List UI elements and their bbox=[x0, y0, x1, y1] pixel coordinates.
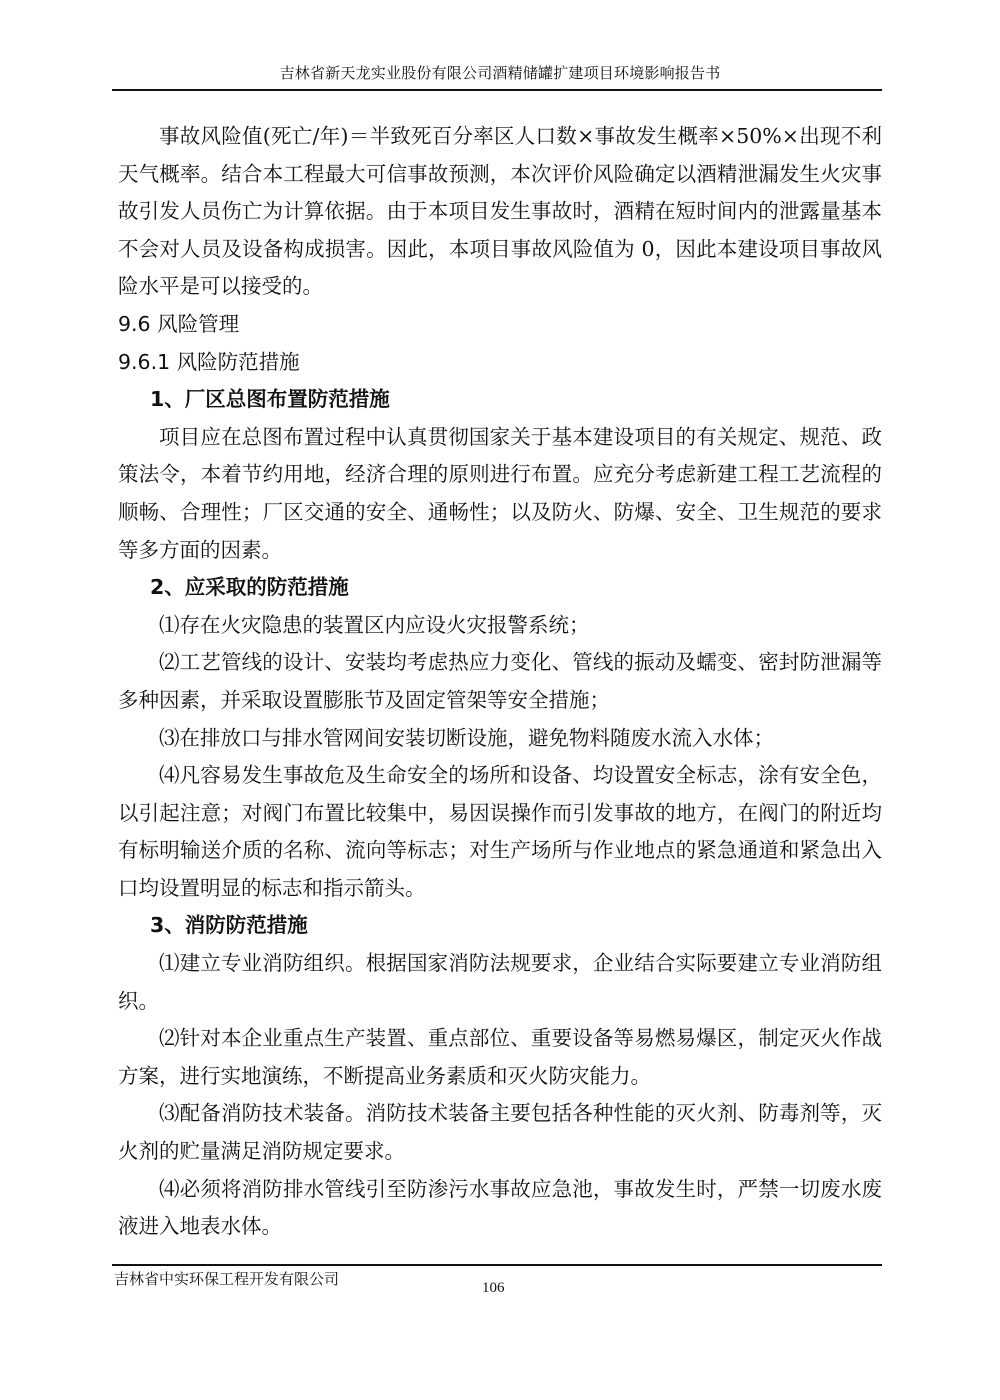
paragraph: ⑷必须将消防排水管线引至防渗污水事故应急池，事故发生时，严禁一切废水废液进入地表… bbox=[118, 1171, 882, 1246]
subsection-heading: 9.6.1 风险防范措施 bbox=[118, 344, 882, 382]
paragraph: ⑵工艺管线的设计、安装均考虑热应力变化、管线的振动及蠕变、密封防泄漏等多种因素，… bbox=[118, 644, 882, 719]
page-body: 事故风险值(死亡/年)＝半致死百分率区人口数×事故发生概率×50%×出现不利天气… bbox=[118, 118, 882, 1246]
paragraph: 项目应在总图布置过程中认真贯彻国家关于基本建设项目的有关规定、规范、政策法令，本… bbox=[118, 419, 882, 569]
item-heading-measures: 2、应采取的防范措施 bbox=[118, 569, 882, 607]
footer-company: 吉林省中实环保工程开发有限公司 bbox=[114, 1268, 339, 1289]
paragraph: ⑶在排放口与排水管网间安装切断设施，避免物料随废水流入水体； bbox=[118, 720, 882, 758]
paragraph: ⑴存在火灾隐患的装置区内应设火灾报警系统； bbox=[118, 607, 882, 645]
paragraph: ⑶配备消防技术装备。消防技术装备主要包括各种性能的灭火剂、防毒剂等，灭火剂的贮量… bbox=[118, 1095, 882, 1170]
item-heading-layout: 1、厂区总图布置防范措施 bbox=[118, 381, 882, 419]
paragraph: ⑴建立专业消防组织。根据国家消防法规要求，企业结合实际要建立专业消防组织。 bbox=[118, 945, 882, 1020]
page-header-title: 吉林省新天龙实业股份有限公司酒精储罐扩建项目环境影响报告书 bbox=[118, 62, 882, 83]
section-heading: 9.6 风险管理 bbox=[118, 306, 882, 344]
page-number: 106 bbox=[482, 1280, 505, 1297]
paragraph: ⑷凡容易发生事故危及生命安全的场所和设备、均设置安全标志，涂有安全色，以引起注意… bbox=[118, 757, 882, 907]
footer-divider bbox=[112, 1264, 882, 1266]
item-heading-fire: 3、消防防范措施 bbox=[118, 907, 882, 945]
paragraph: ⑵针对本企业重点生产装置、重点部位、重要设备等易燃易爆区，制定灭火作战方案，进行… bbox=[118, 1020, 882, 1095]
intro-paragraph: 事故风险值(死亡/年)＝半致死百分率区人口数×事故发生概率×50%×出现不利天气… bbox=[118, 118, 882, 306]
header-divider bbox=[112, 89, 882, 91]
